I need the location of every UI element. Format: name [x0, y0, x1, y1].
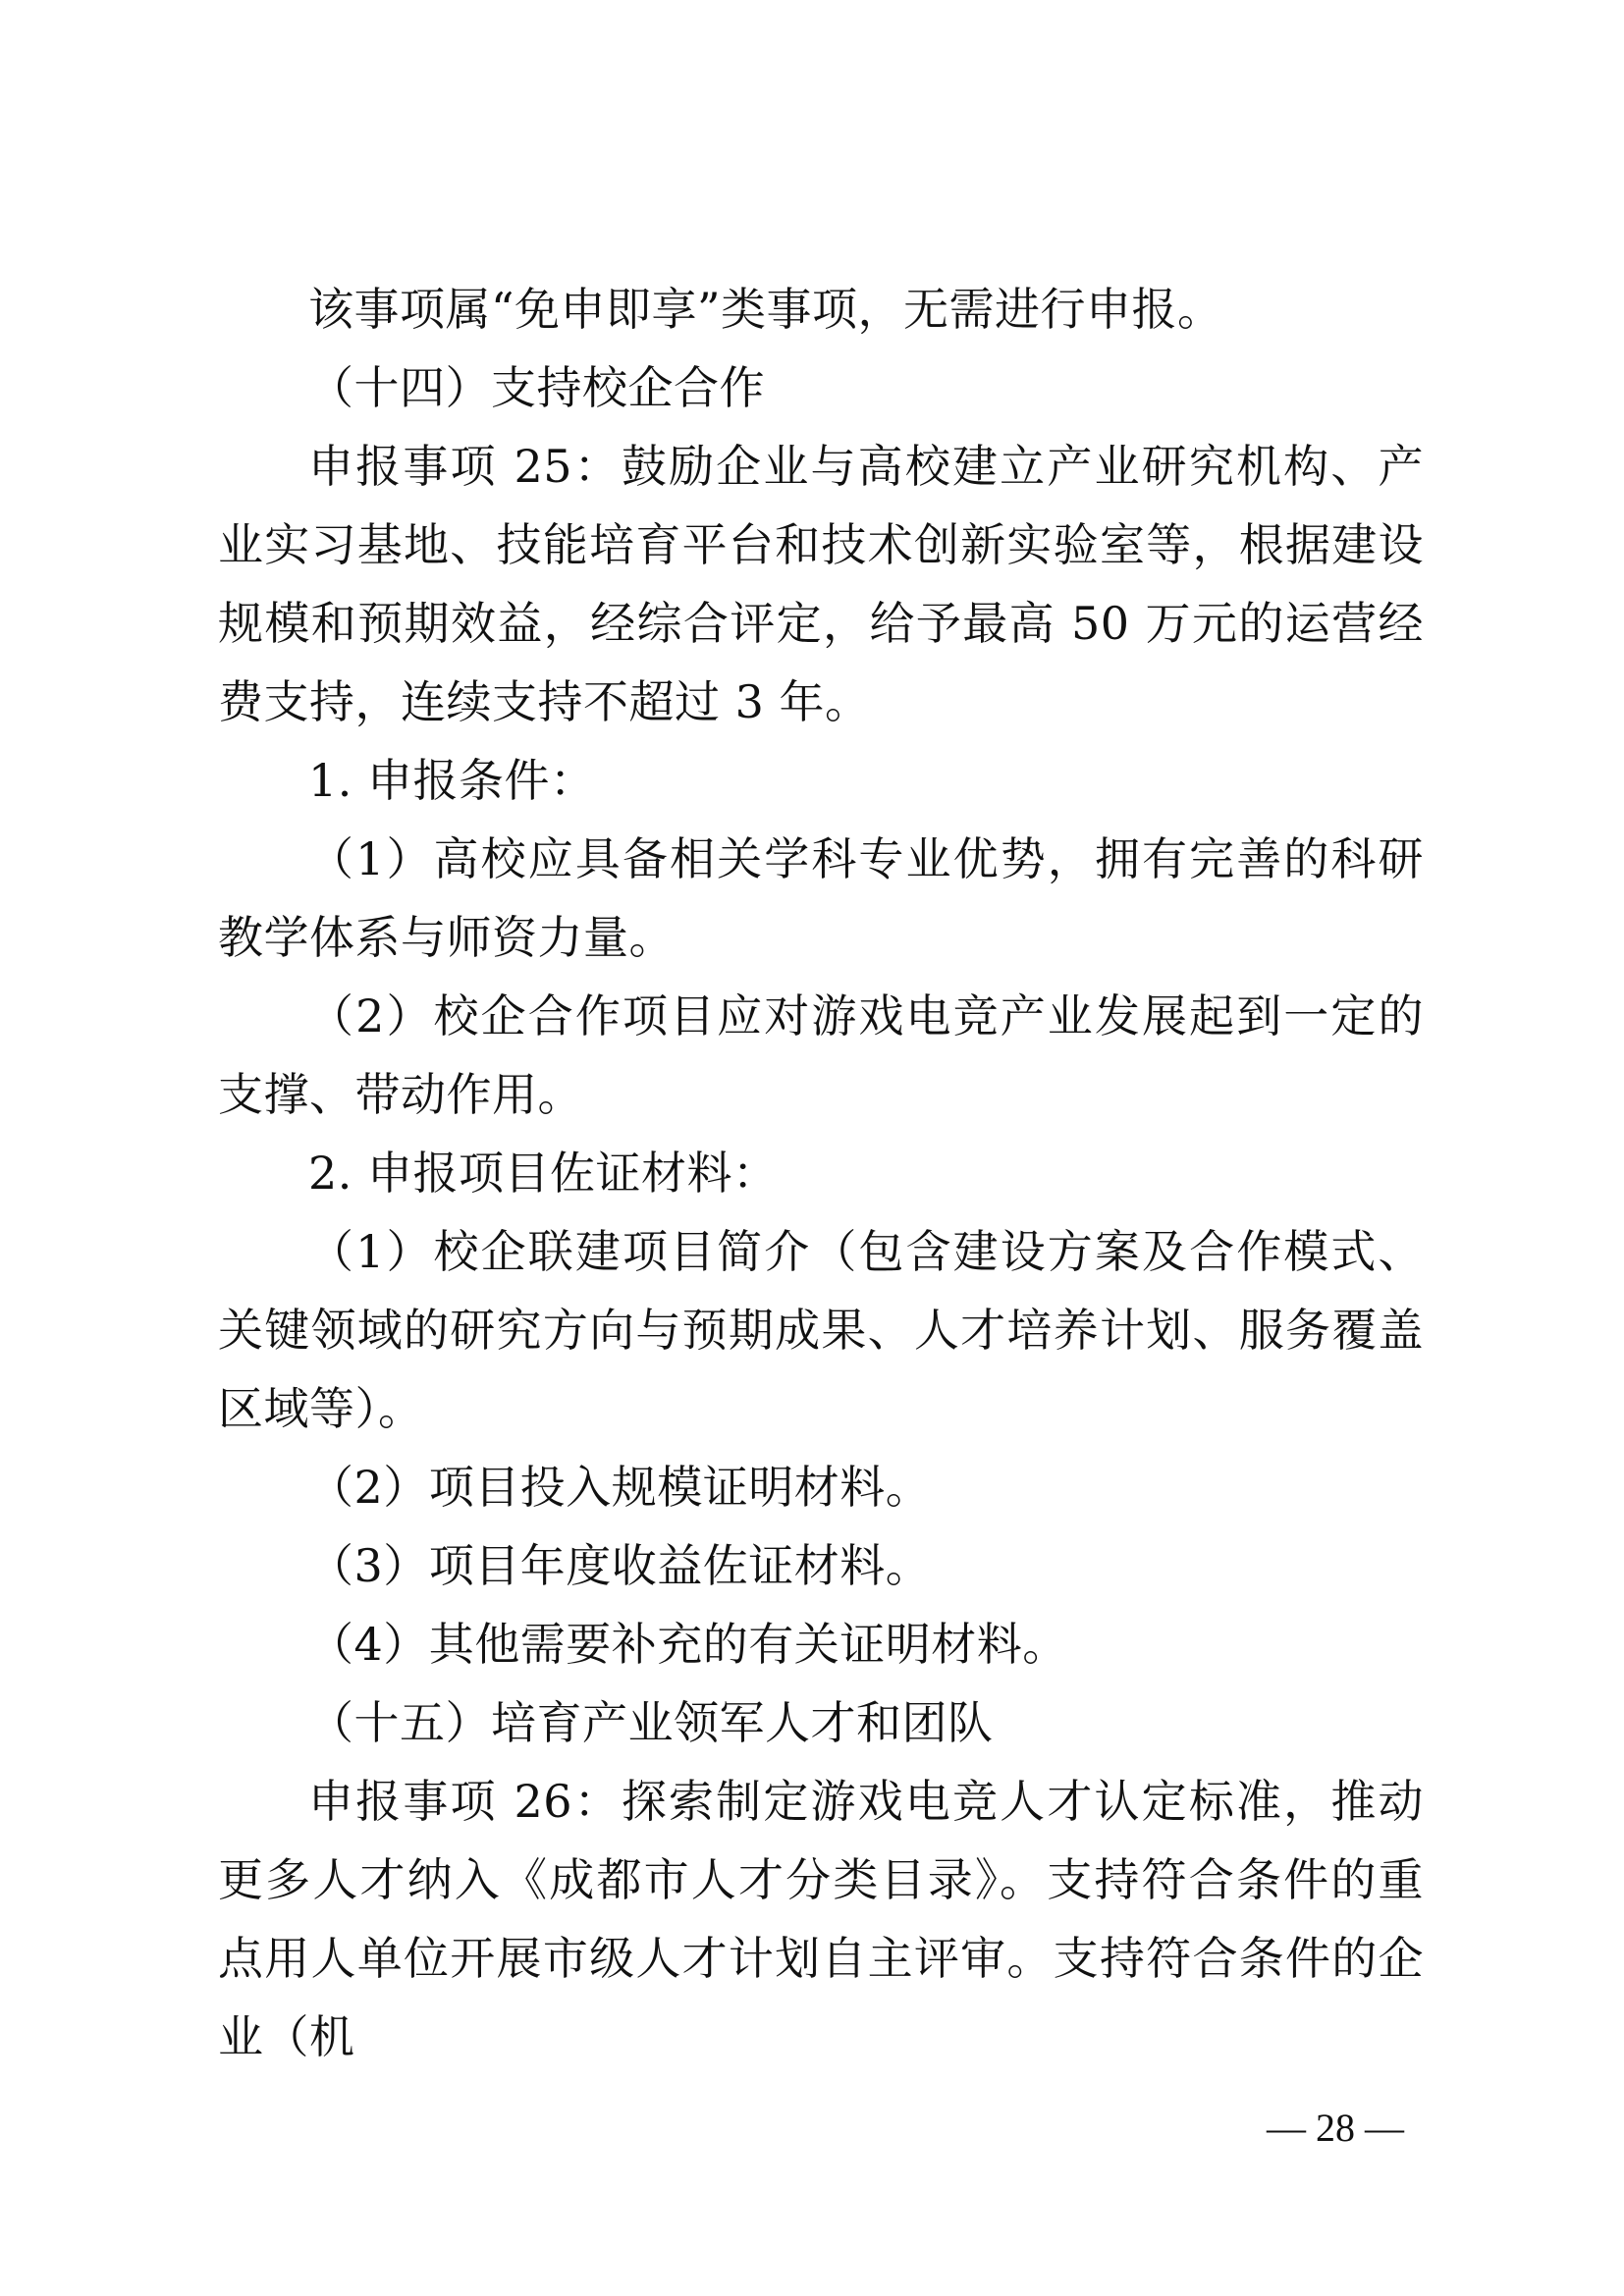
- list-item-material-4: （4）其他需要补充的有关证明材料。: [218, 1605, 1424, 1683]
- section-heading-school-enterprise-cooperation: （十四）支持校企合作: [218, 348, 1424, 427]
- list-item-material-2: （2）项目投入规模证明材料。: [218, 1448, 1424, 1526]
- paragraph-exemption-note: 该事项属“免申即享”类事项，无需进行申报。: [218, 270, 1424, 348]
- paragraph-application-item-25: 申报事项 25：鼓励企业与高校建立产业研究机构、产业实习基地、技能培育平台和技术…: [218, 427, 1424, 741]
- list-item-material-1: （1）校企联建项目简介（包含建设方案及合作模式、关键领域的研究方向与预期成果、人…: [218, 1212, 1424, 1448]
- subheading-application-conditions: 1. 申报条件：: [218, 741, 1424, 820]
- page-number: — 28 —: [1267, 2099, 1404, 2158]
- list-item-material-3: （3）项目年度收益佐证材料。: [218, 1526, 1424, 1605]
- paragraph-application-item-26: 申报事项 26：探索制定游戏电竞人才认定标准，推动更多人才纳入《成都市人才分类目…: [218, 1762, 1424, 2076]
- list-item-condition-1: （1）高校应具备相关学科专业优势，拥有完善的科研教学体系与师资力量。: [218, 820, 1424, 977]
- section-heading-talent-and-teams: （十五）培育产业领军人才和团队: [218, 1683, 1424, 1762]
- document-body: 该事项属“免申即享”类事项，无需进行申报。 （十四）支持校企合作 申报事项 25…: [218, 270, 1424, 2076]
- subheading-supporting-materials: 2. 申报项目佐证材料：: [218, 1134, 1424, 1212]
- list-item-condition-2: （2）校企合作项目应对游戏电竞产业发展起到一定的支撑、带动作用。: [218, 977, 1424, 1134]
